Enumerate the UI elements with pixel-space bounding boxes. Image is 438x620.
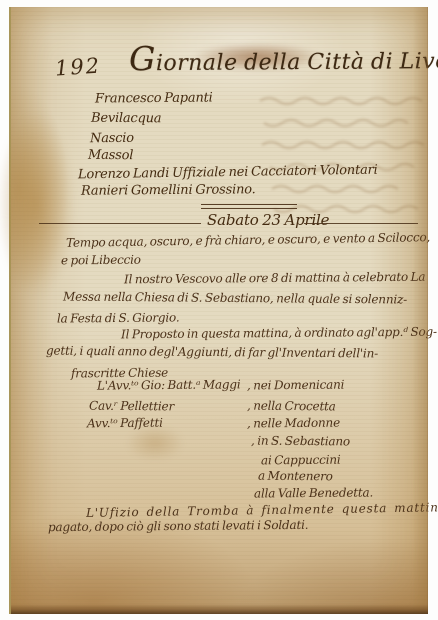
weather-line: e poi Libeccio xyxy=(61,254,141,268)
assignment-place: ai Cappuccini xyxy=(261,454,341,468)
name-line: Nascio xyxy=(90,132,134,147)
name-line: Lorenzo Landi Uffiziale nei Cacciatori V… xyxy=(78,164,378,184)
assignment-row: ai Cappuccini xyxy=(11,454,428,470)
paper-stain xyxy=(0,112,75,297)
assignment-place: alla Valle Benedetta. xyxy=(254,486,373,501)
assignment-place: , in S. Sebastiano xyxy=(251,435,350,450)
assignment-place: , nei Domenicani xyxy=(247,379,344,394)
journal-title: Giornale della Città di Livorno xyxy=(129,38,438,78)
assignment-row: Cav.ʳ Pellettier , nella Crocetta xyxy=(11,400,428,416)
mass-line: la Festa di S. Giorgio. xyxy=(57,311,180,326)
page-number: 192 xyxy=(54,53,102,80)
name-line: Francesco Papanti xyxy=(95,91,213,107)
assignment-row: , in S. Sebastiano xyxy=(11,435,428,451)
page-edge-right xyxy=(413,7,428,614)
page-edge-shadow xyxy=(11,604,428,614)
name-line: Massol xyxy=(88,149,133,164)
order-line: Il Proposto in questa mattina, à ordinat… xyxy=(121,326,437,343)
closing-line: pagato, dopo ciò gli sono stati levati i… xyxy=(48,519,308,535)
date-heading: Sabato 23 Aprile xyxy=(207,212,329,229)
assignment-row: Avv.ᵗᵒ Paffetti , nelle Madonne xyxy=(11,417,428,433)
assignment-row: a Montenero xyxy=(11,470,428,486)
assignment-place: , nella Crocetta xyxy=(247,400,336,415)
section-divider xyxy=(201,204,297,209)
assignment-row: L'Avv.ᵗᵒ Gio: Batt.ᵃ Maggi , nei Domenic… xyxy=(11,379,428,395)
mass-line: Messa nella Chiesa di S. Sebastiano, nel… xyxy=(63,290,407,307)
heading-rule-left xyxy=(39,223,201,224)
assignee-name: Cav.ʳ Pellettier xyxy=(89,400,174,415)
assignee-name: L'Avv.ᵗᵒ Gio: Batt.ᵃ Maggi xyxy=(97,378,241,393)
manuscript-page: 192 Giornale della Città di Livorno Fran… xyxy=(9,7,428,614)
heading-rule-right xyxy=(304,223,418,224)
name-line: Ranieri Gomellini Grossino. xyxy=(81,183,256,199)
assignee-name: Avv.ᵗᵒ Paffetti xyxy=(87,417,163,431)
weather-line: Tempo acqua, oscuro, e frà chiaro, e osc… xyxy=(66,231,430,251)
photo-frame: 192 Giornale della Città di Livorno Fran… xyxy=(0,0,438,620)
mass-line: Il nostro Vescovo alle ore 8 di mattina … xyxy=(124,271,425,287)
order-line: getti, i quali anno degl'Aggiunti, di fa… xyxy=(46,345,378,362)
assignment-place: a Montenero xyxy=(258,470,333,484)
name-line: Bevilacqua xyxy=(91,112,162,128)
assignment-place: , nelle Madonne xyxy=(247,417,340,432)
